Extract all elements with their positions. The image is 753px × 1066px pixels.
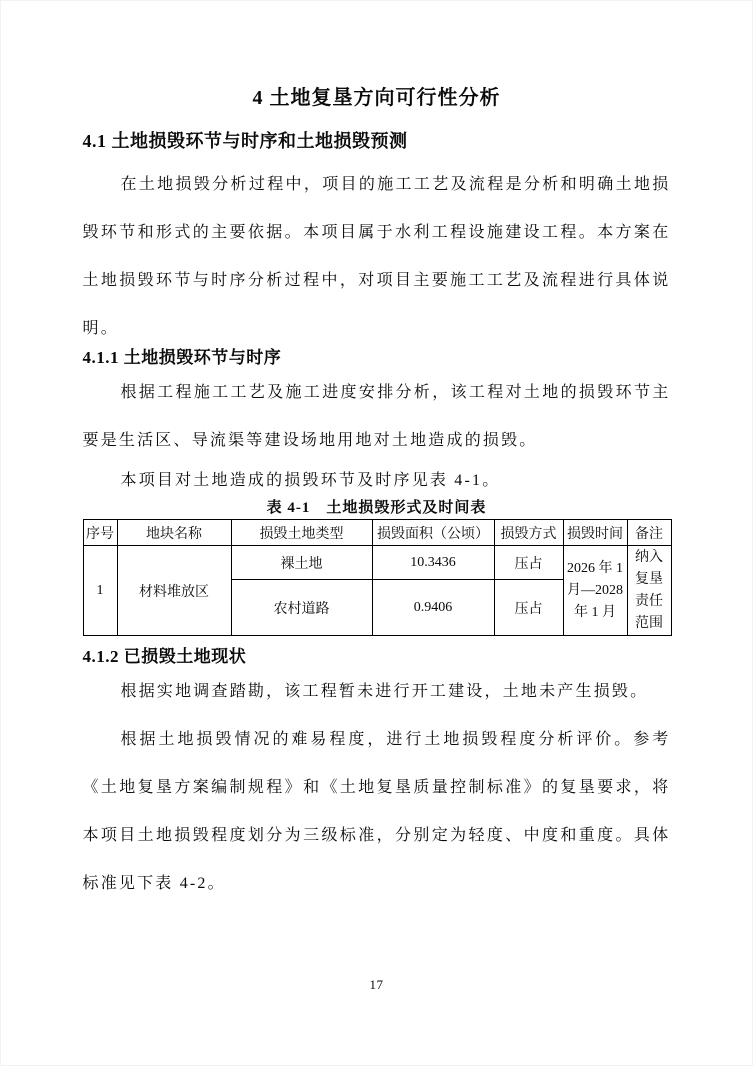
col-header-note: 备注 — [627, 520, 671, 546]
cell-area: 0.9406 — [372, 580, 494, 636]
col-header-land-type: 损毁土地类型 — [231, 520, 372, 546]
col-header-block-name: 地块名称 — [117, 520, 231, 546]
section-4-1-2-paragraph-2: 根据土地损毁情况的难易程度，进行土地损毁程度分析评价。参考《土地复垦方案编制规程… — [83, 716, 671, 908]
cell-land-type: 裸土地 — [231, 546, 372, 580]
table-header-row: 序号 地块名称 损毁土地类型 损毁面积（公顷） 损毁方式 损毁时间 备注 — [83, 520, 671, 546]
col-header-seq: 序号 — [83, 520, 117, 546]
chapter-title: 4 土地复垦方向可行性分析 — [83, 85, 671, 111]
cell-time: 2026 年 1 月—2028 年 1 月 — [563, 546, 627, 636]
page-content: 4 土地复垦方向可行性分析 4.1 土地损毁环节与时序和土地损毁预测 在土地损毁… — [83, 1, 671, 908]
section-4-1-1-heading: 4.1.1 土地损毁环节与时序 — [83, 347, 671, 369]
section-4-1-paragraph: 在土地损毁分析过程中，项目的施工工艺及流程是分析和明确土地损毁环节和形式的主要依… — [83, 161, 671, 353]
cell-seq: 1 — [83, 546, 117, 636]
page-number: 17 — [1, 977, 752, 993]
cell-land-type: 农村道路 — [231, 580, 372, 636]
section-4-1-1-paragraph-1: 根据工程施工工艺及施工进度安排分析，该工程对土地的损毁环节主要是生活区、导流渠等… — [83, 369, 671, 465]
table-row: 1 材料堆放区 裸土地 10.3436 压占 2026 年 1 月—2028 年… — [83, 546, 671, 580]
cell-area: 10.3436 — [372, 546, 494, 580]
cell-note: 纳入复垦责任范围 — [627, 546, 671, 636]
section-4-1-heading: 4.1 土地损毁环节与时序和土地损毁预测 — [83, 129, 671, 153]
cell-mode: 压占 — [494, 546, 563, 580]
table-4-1: 序号 地块名称 损毁土地类型 损毁面积（公顷） 损毁方式 损毁时间 备注 1 材… — [83, 519, 672, 636]
document-page: 4 土地复垦方向可行性分析 4.1 土地损毁环节与时序和土地损毁预测 在土地损毁… — [0, 0, 753, 1066]
section-4-1-2-heading: 4.1.2 已损毁土地现状 — [83, 646, 671, 668]
cell-block-name: 材料堆放区 — [117, 546, 231, 636]
cell-mode: 压占 — [494, 580, 563, 636]
col-header-time: 损毁时间 — [563, 520, 627, 546]
section-4-1-2-paragraph-1: 根据实地调查踏勘，该工程暂未进行开工建设，土地未产生损毁。 — [83, 668, 671, 716]
col-header-mode: 损毁方式 — [494, 520, 563, 546]
col-header-area: 损毁面积（公顷） — [372, 520, 494, 546]
